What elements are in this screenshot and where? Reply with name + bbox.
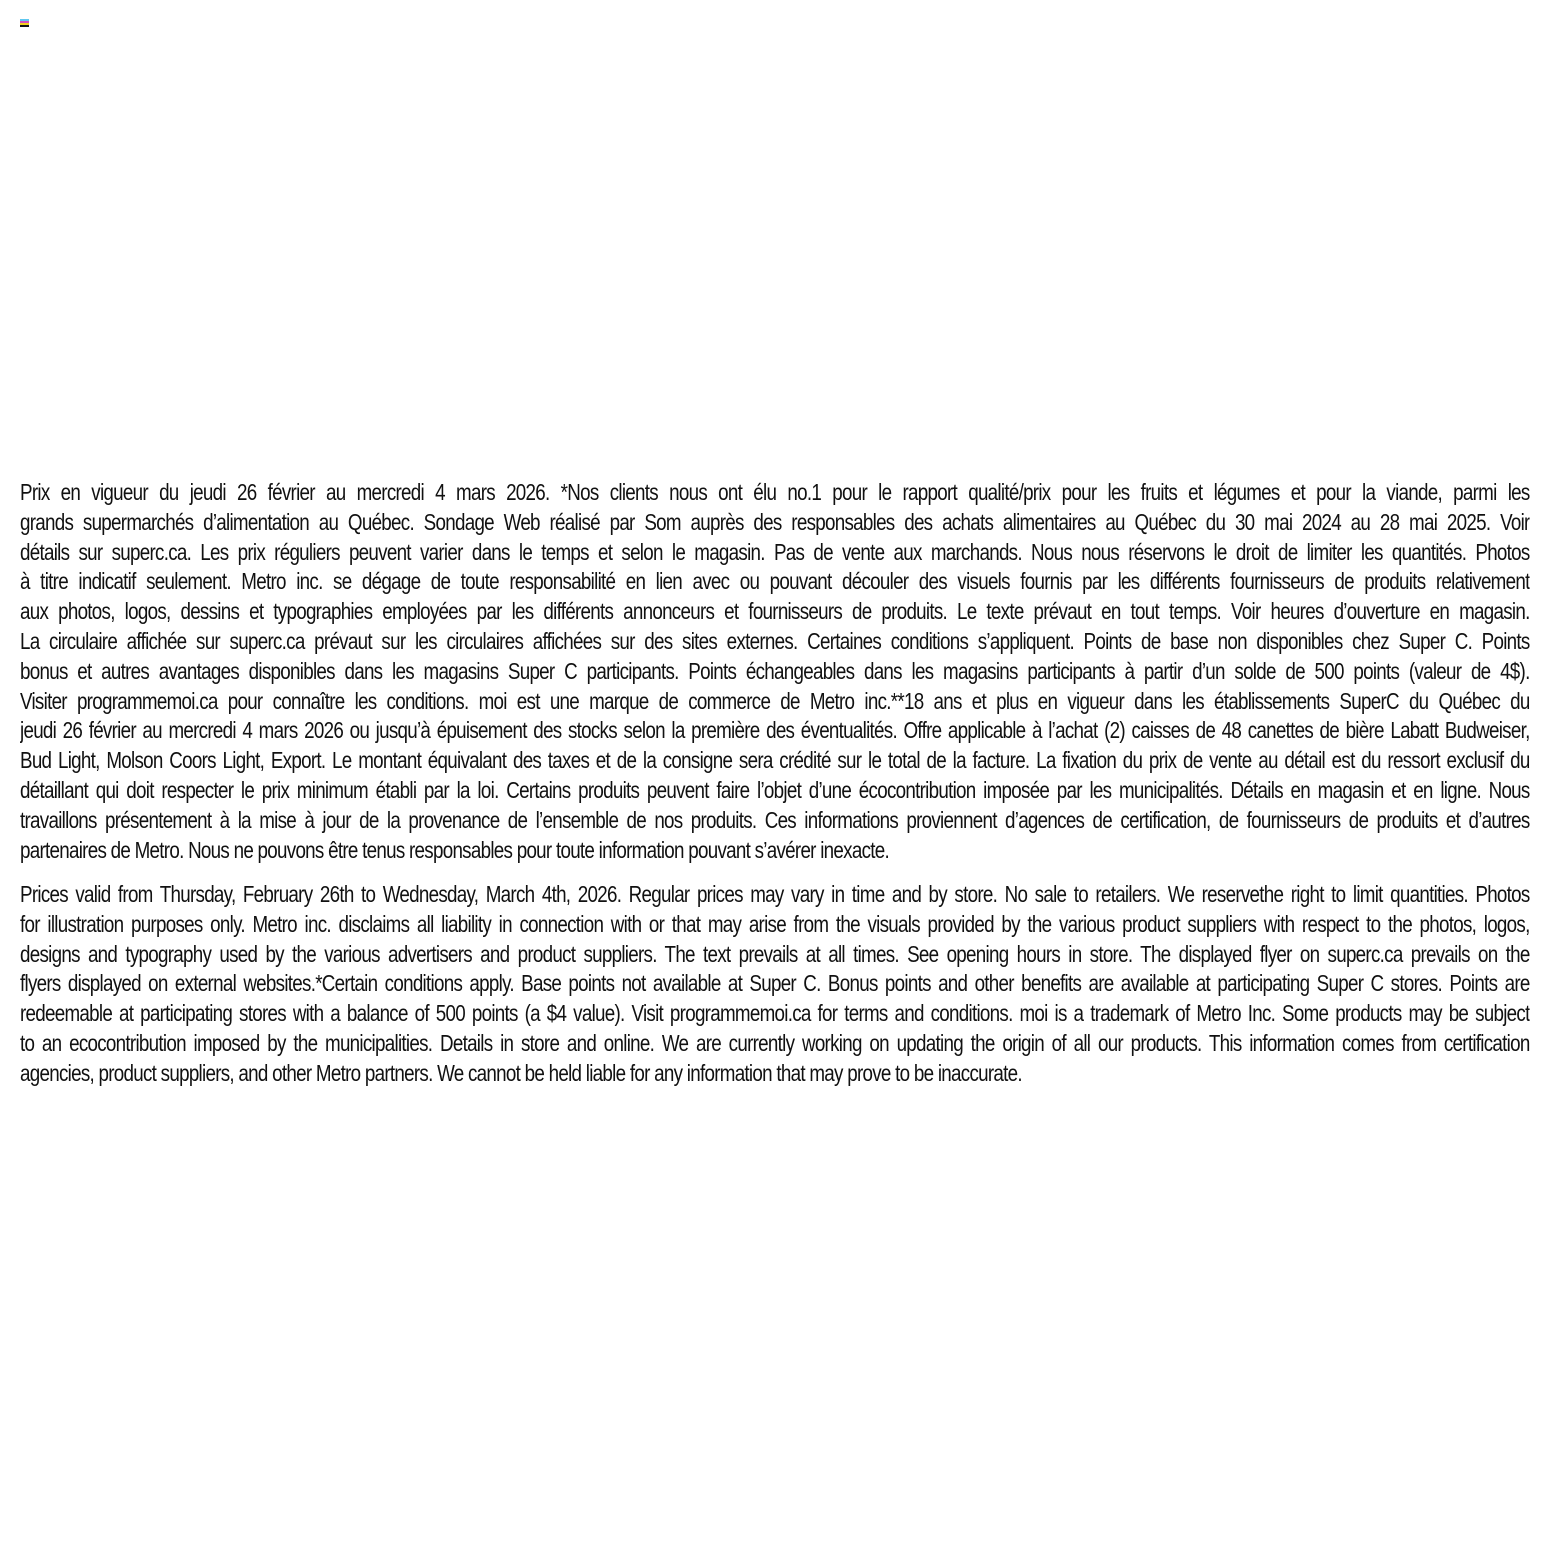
legal-fr-line: aux photos, logos, dessins et typographi… (20, 597, 1530, 627)
legal-fr-line: La circulaire affichée sur superc.ca pré… (20, 627, 1530, 657)
legal-en-line: agencies, product suppliers, and other M… (20, 1059, 1530, 1089)
legal-fr-line: grands supermarchés d’alimentation au Qu… (20, 508, 1530, 538)
color-registration-mark (20, 19, 29, 27)
legal-fr-line: Bud Light, Molson Coors Light, Export. L… (20, 746, 1530, 776)
legal-fr-line: jeudi 26 février au mercredi 4 mars 2026… (20, 716, 1530, 746)
legal-fr-line: travaillons présentement à la mise à jou… (20, 806, 1530, 836)
registration-swatch-black (20, 25, 29, 27)
legal-en-line: to an ecocontribution imposed by the mun… (20, 1029, 1530, 1059)
legal-en-line: Prices valid from Thursday, February 26t… (20, 880, 1530, 910)
legal-fr-line: détails sur superc.ca. Les prix régulier… (20, 538, 1530, 568)
legal-disclaimer-english: Prices valid from Thursday, February 26t… (20, 880, 1228, 1089)
legal-en-line: redeemable at participating stores with … (20, 999, 1530, 1029)
legal-fr-line: détaillant qui doit respecter le prix mi… (20, 776, 1530, 806)
legal-fr-line: à titre indicatif seulement. Metro inc. … (20, 567, 1530, 597)
legal-en-line: designs and typography used by the vario… (20, 940, 1530, 970)
legal-fr-line: Visiter programmemoi.ca pour connaître l… (20, 687, 1530, 717)
legal-fr-line: Prix en vigueur du jeudi 26 février au m… (20, 478, 1530, 508)
legal-disclaimer-french: Prix en vigueur du jeudi 26 février au m… (20, 478, 1228, 865)
legal-fr-line: bonus et autres avantages disponibles da… (20, 657, 1530, 687)
legal-fr-line: partenaires de Metro. Nous ne pouvons êt… (20, 836, 1530, 866)
legal-en-line: for illustration purposes only. Metro in… (20, 910, 1530, 940)
legal-en-line: flyers displayed on external websites.*C… (20, 969, 1530, 999)
